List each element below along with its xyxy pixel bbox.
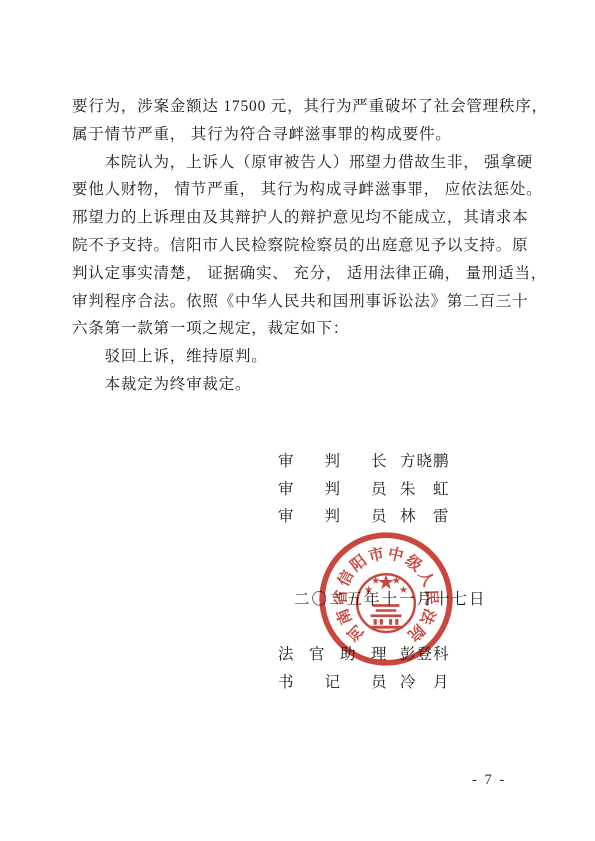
body-line: 判认定事实清楚， 证据确实、 充分， 适用法律正确， 量刑适当， <box>72 260 532 288</box>
body-line: 六条第一款第一项之规定，裁定如下： <box>72 315 532 343</box>
staff-title: 书 记 员 <box>278 669 387 697</box>
judge-title: 审 判 长 <box>278 448 387 476</box>
svg-text:信: 信 <box>333 566 357 589</box>
judge-name: 朱 虹 <box>400 476 450 504</box>
svg-text:中: 中 <box>386 544 405 565</box>
svg-text:市: 市 <box>366 543 386 565</box>
judge-title: 审 判 员 <box>278 503 387 531</box>
court-ruling-page: 要行为，涉案金额达 17500 元，其行为严重破坏了社会管理秩序， 属于情节严重… <box>0 0 595 841</box>
ruling-date: 二〇二五年十一月十七日 <box>294 589 487 611</box>
body-line: 驳回上诉，维持原判。 <box>72 343 532 371</box>
ruling-body: 要行为，涉案金额达 17500 元，其行为严重破坏了社会管理秩序， 属于情节严重… <box>72 93 532 399</box>
body-line: 本裁定为终审裁定。 <box>72 371 532 399</box>
svg-text:级: 级 <box>402 551 426 576</box>
judge-name: 林 雷 <box>400 503 450 531</box>
staff-title: 法 官 助 理 <box>278 641 387 669</box>
body-line: 本院认为，上诉人（原审被告人）邢望力借故生非， 强拿硬 <box>72 149 532 177</box>
svg-text:人: 人 <box>415 567 438 589</box>
body-line: 属于情节严重， 其行为符合寻衅滋事罪的构成要件。 <box>72 121 532 149</box>
judge-title: 审 判 员 <box>278 476 387 504</box>
staff-name: 冷 月 <box>400 669 450 697</box>
svg-text:阳: 阳 <box>346 551 370 575</box>
page-number: - 7 - <box>472 772 506 789</box>
staff-signature-block: 法 官 助 理 彭登科 书 记 员 冷 月 <box>278 641 538 696</box>
staff-name: 彭登科 <box>400 641 450 669</box>
body-line: 院不予支持。信阳市人民检察院检察员的出庭意见予以支持。原 <box>72 232 532 260</box>
body-line: 要行为，涉案金额达 17500 元，其行为严重破坏了社会管理秩序， <box>72 93 532 121</box>
staff-row: 法 官 助 理 彭登科 <box>278 641 538 669</box>
judges-signature-block: 审 判 长 方晓鹏 审 判 员 朱 虹 审 判 员 林 雷 <box>278 448 538 531</box>
judge-row: 审 判 员 朱 虹 <box>278 476 538 504</box>
body-line: 审判程序合法。依照《中华人民共和国刑事诉讼法》第二百三十 <box>72 288 532 316</box>
judge-row: 审 判 长 方晓鹏 <box>278 448 538 476</box>
body-line: 要他人财物， 情节严重， 其行为构成寻衅滋事罪， 应依法惩处。 <box>72 176 532 204</box>
judge-row: 审 判 员 林 雷 <box>278 503 538 531</box>
body-line: 邢望力的上诉理由及其辩护人的辩护意见均不能成立，其请求本 <box>72 204 532 232</box>
judge-name: 方晓鹏 <box>400 448 450 476</box>
staff-row: 书 记 员 冷 月 <box>278 669 538 697</box>
